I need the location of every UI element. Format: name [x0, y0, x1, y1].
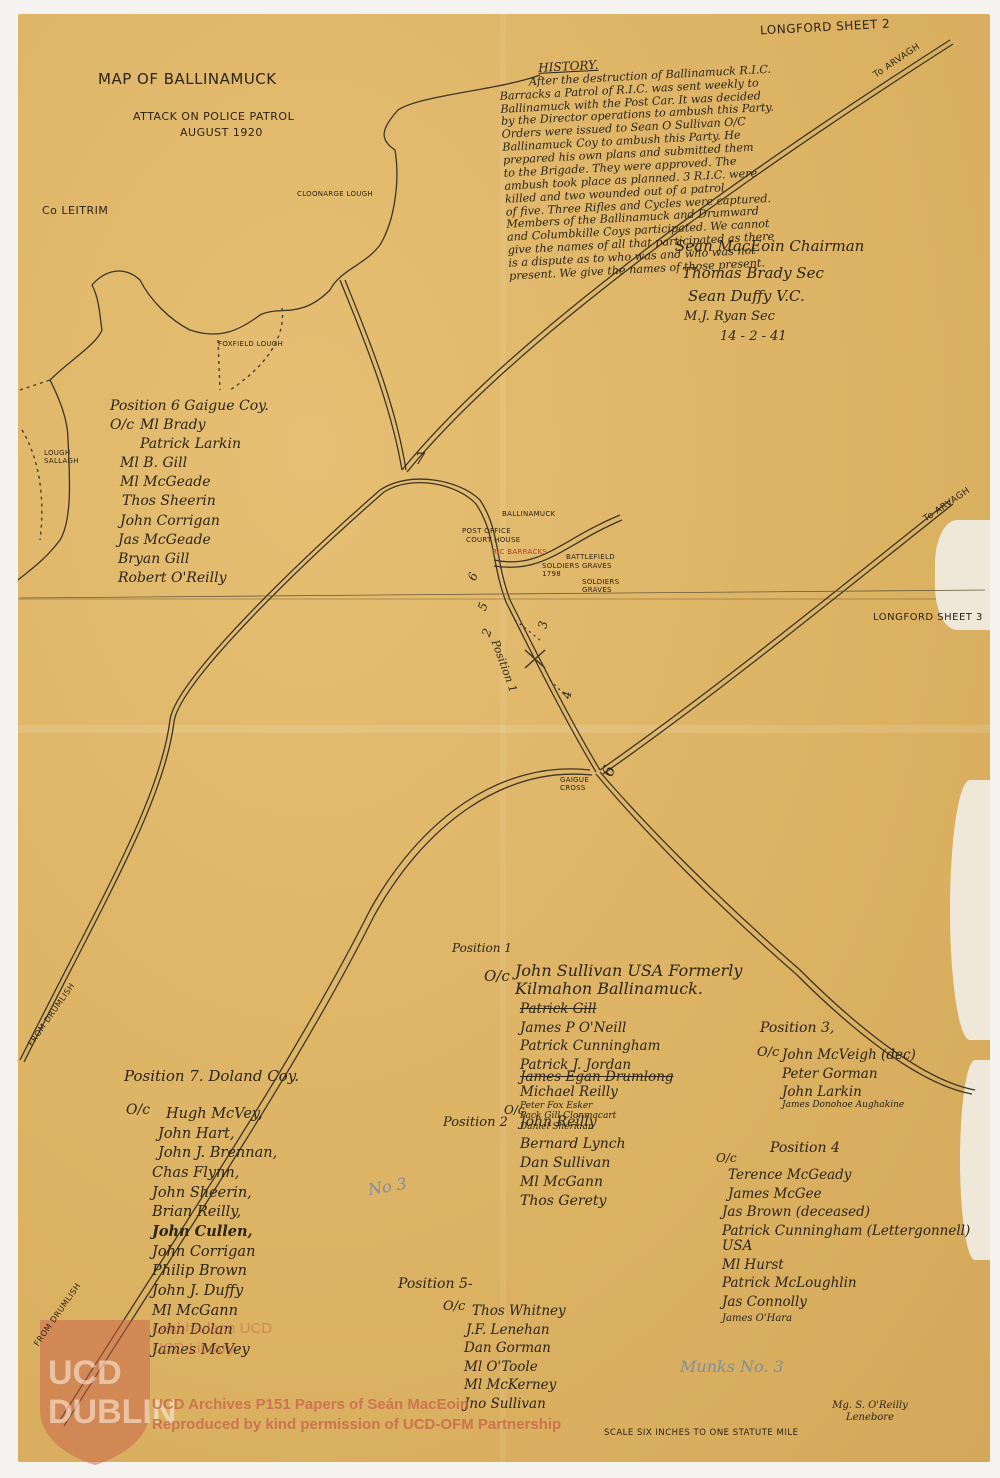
place-label-battlefield: BATTLEFIELD — [566, 553, 615, 561]
position-3-list: John McVeigh (dec) Peter Gorman John Lar… — [782, 1048, 916, 1113]
position-member: Ml McGeade — [120, 474, 269, 490]
position-member: Patrick McLoughlin — [722, 1276, 992, 1292]
position-member: John J. Brennan, — [158, 1145, 277, 1162]
position-member: Ml McGann — [152, 1303, 277, 1320]
oc-label: O/c — [110, 417, 134, 433]
position-member: Thos Gerety — [520, 1193, 626, 1209]
position-member: John Sullivan USA Formerly Kilmahon Ball… — [515, 962, 815, 999]
position-member: Hugh McVey, — [166, 1106, 277, 1123]
pencil-note: Munks No. 3 — [680, 1358, 784, 1376]
oc-label: O/c — [443, 1300, 465, 1315]
place-label-court-house: COURT HOUSE — [466, 536, 520, 544]
position-member: John Larkin — [782, 1085, 916, 1101]
position-member: Peter Fox Esker — [520, 1101, 674, 1111]
lough-label: FOXFIELD LOUGH — [218, 340, 283, 348]
place-label-ballinamuck: BALLINAMUCK — [502, 510, 555, 518]
signature: Sean Duffy V.C. — [688, 288, 805, 305]
oc-label: O/c — [757, 1046, 779, 1061]
position-2-list: John Reilly Bernard Lynch Dan Sullivan M… — [520, 1114, 626, 1212]
signature: M.J. Ryan Sec — [684, 310, 775, 325]
position-member: Chas Flynn, — [152, 1165, 277, 1182]
position-member: John J. Duffy — [152, 1283, 277, 1300]
position-member: Ml Brady — [140, 417, 205, 433]
position-member: John Sheerin, — [152, 1185, 277, 1202]
map-date: AUGUST 1920 — [180, 126, 263, 139]
position-member: Ml McGann — [520, 1174, 626, 1190]
position-heading: Position 1 — [452, 942, 512, 956]
position-member: Terence McGeady — [728, 1168, 992, 1184]
position-heading: Position 3, — [760, 1020, 834, 1036]
place-label-soldiers-graves: SOLDIERS GRAVES — [582, 578, 622, 594]
signature-date: 14 - 2 - 41 — [720, 330, 787, 345]
position-member: John Cullen, — [152, 1224, 277, 1241]
position-member: James Donohoe Aughakine — [782, 1100, 916, 1110]
place-label-soldiers-graves: SOLDIERS GRAVES 1798 — [542, 562, 617, 578]
place-label-post-office: POST OFFICE — [462, 527, 511, 535]
position-member: J.F. Lenehan — [466, 1323, 566, 1339]
junction-marker-7: 7 — [415, 450, 425, 468]
position-heading: Position 6 Gaigue Coy. — [110, 398, 269, 414]
position-6-list: Position 6 Gaigue Coy. O/c Ml Brady Patr… — [110, 398, 269, 589]
oc-label: O/c — [716, 1152, 737, 1166]
position-member: Thos Whitney — [472, 1304, 566, 1320]
scale-note: SCALE SIX INCHES TO ONE STATUTE MILE — [604, 1428, 798, 1438]
oc-label: O/c — [484, 968, 510, 985]
position-member: Patrick Cunningham — [520, 1039, 674, 1055]
position-heading: Position 7. Doland Coy. — [124, 1068, 299, 1085]
position-member: John Corrigan — [152, 1244, 277, 1261]
lough-label: CLOONARGE LOUGH — [297, 190, 373, 198]
position-member: James O'Hara — [722, 1313, 992, 1325]
position-5-list: Thos Whitney J.F. Lenehan Dan Gorman Ml … — [472, 1304, 566, 1415]
position-member: Jas Brown (deceased) — [722, 1205, 992, 1221]
position-member-struck: Patrick Gill — [520, 1002, 674, 1018]
position-member: John Reilly — [520, 1114, 626, 1130]
lough-label: LOUGH SALLAGH — [44, 449, 74, 465]
county-label: Co LEITRIM — [42, 204, 108, 217]
sheet-label-middle: LONGFORD SHEET 3 — [873, 612, 983, 623]
position-member: John Corrigan — [120, 513, 269, 529]
map-title: MAP OF BALLINAMUCK — [98, 70, 277, 88]
position-member: Jas Connolly — [722, 1295, 992, 1311]
position-member: Bryan Gill — [118, 551, 269, 567]
position-member: Dan Sullivan — [520, 1155, 626, 1171]
watermark-line: Reproduced by kind permission of UCD-OFM… — [152, 1416, 561, 1433]
position-member: Robert O'Reilly — [118, 570, 269, 586]
watermark-line: UCD Archives P151 Papers of Seán MacEoin — [152, 1396, 469, 1413]
position-member: Peter Gorman — [782, 1067, 916, 1083]
position-member: Patrick Larkin — [140, 436, 269, 452]
position-member: Bernard Lynch — [520, 1136, 626, 1152]
position-member: Michael Reilly — [520, 1085, 674, 1101]
position-member: Brian Reilly, — [152, 1204, 277, 1221]
watermark-line: UCD Library — [152, 1340, 235, 1357]
watermark-line: Leabharlann UCD — [152, 1320, 272, 1337]
position-member: Ml O'Toole — [464, 1360, 566, 1376]
position-member: James P O'Neill — [520, 1021, 674, 1037]
position-member: James McGee — [728, 1187, 992, 1203]
position-member: Ml McKerney — [464, 1378, 566, 1394]
position-member: Ml B. Gill — [120, 455, 269, 471]
place-label-gaigue-cross: GAIGUE CROSS — [560, 776, 590, 792]
map-subtitle: ATTACK ON POLICE PATROL — [133, 110, 294, 123]
signature: Thomas Brady Sec — [682, 265, 824, 282]
signature: Sean MacEoin Chairman — [675, 238, 864, 255]
position-member: John Hart, — [158, 1126, 277, 1143]
drawn-by-note: Mg. S. O'Reilly Lenebore — [830, 1400, 910, 1423]
position-member: Patrick Cunningham (Lettergonnell) USA — [722, 1224, 992, 1255]
position-member: Jas McGeade — [118, 532, 269, 548]
position-1-list: Patrick Gill James P O'Neill Patrick Cun… — [520, 1002, 674, 1132]
oc-label: O/c — [126, 1102, 150, 1118]
position-member: Thos Sheerin — [122, 493, 269, 509]
position-member: Dan Gorman — [464, 1341, 566, 1357]
position-heading: Position 4 — [770, 1140, 840, 1156]
position-member: Ml Hurst — [722, 1258, 992, 1274]
position-member: John McVeigh (dec) — [782, 1048, 916, 1064]
position-heading: Position 2 — [443, 1116, 508, 1131]
position-heading: Position 5- — [398, 1276, 473, 1292]
position-member: Philip Brown — [152, 1263, 277, 1280]
position-4-list: Terence McGeady James McGee Jas Brown (d… — [722, 1168, 992, 1328]
place-label-ric-barracks: RIC BARRACKS — [492, 548, 547, 556]
position-member: Jno Sullivan — [464, 1397, 566, 1413]
